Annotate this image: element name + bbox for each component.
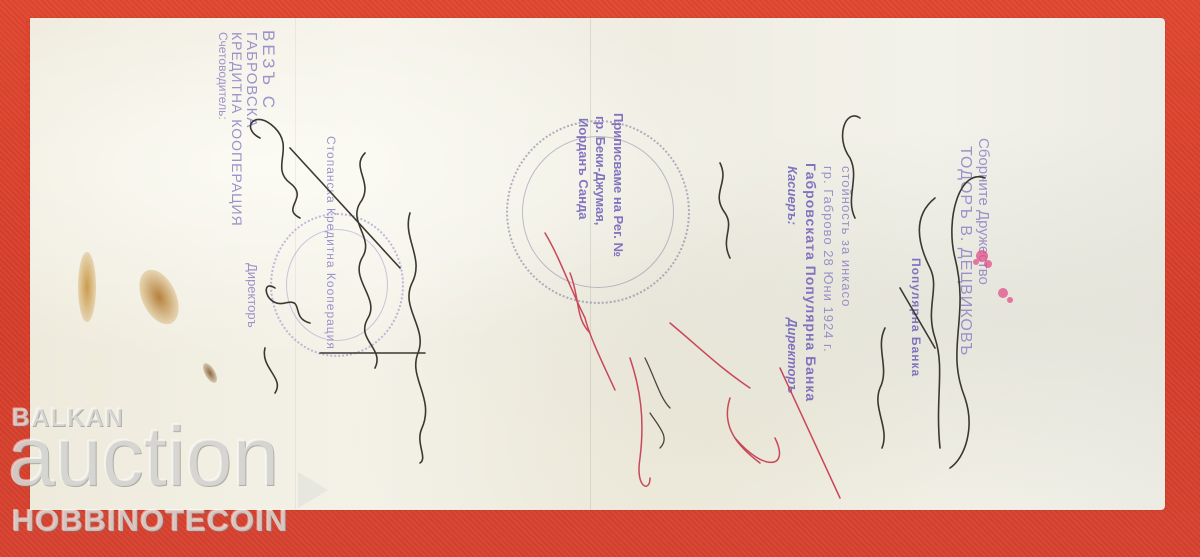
watermark-site: HOBBINOTECOIN (12, 503, 289, 539)
watermark-main: auction (8, 408, 279, 505)
watermark-arrow-icon (298, 472, 328, 508)
